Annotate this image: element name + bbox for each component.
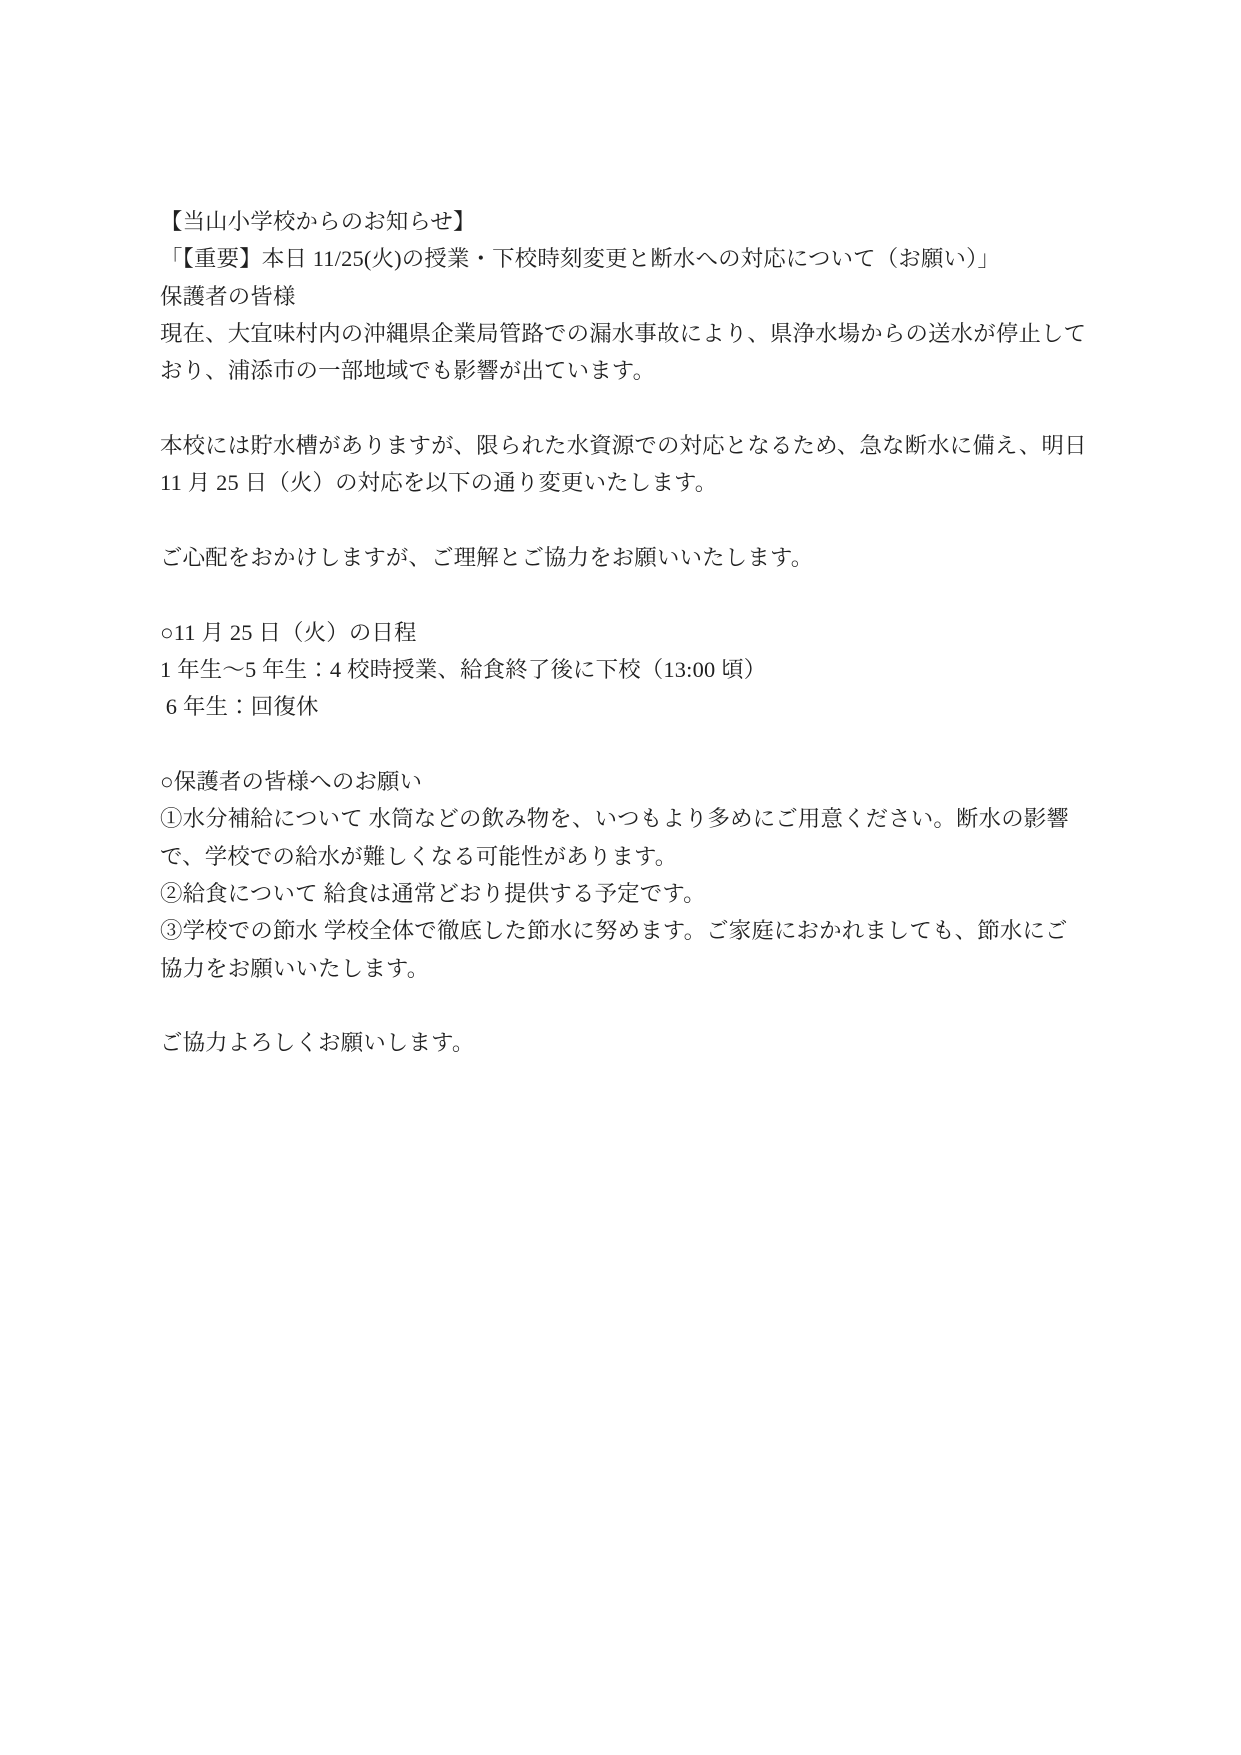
- requests-heading: ○保護者の皆様へのお願い: [160, 763, 1095, 800]
- schedule-grade-6: 6 年生：回復休: [160, 688, 1095, 725]
- request-1-line-1: ①水分補給について 水筒などの飲み物を、いつもより多めにご用意ください。断水の影…: [160, 800, 1095, 837]
- apology-line: ご心配をおかけしますが、ご理解とご協力をお願いいたします。: [160, 539, 1095, 576]
- blank-line: [160, 502, 1095, 539]
- notice-header: 【当山小学校からのお知らせ】: [160, 203, 1095, 240]
- request-3-line-1: ③学校での節水 学校全体で徹底した節水に努めます。ご家庭におかれましても、節水に…: [160, 912, 1095, 949]
- schedule-grades-1-5: 1 年生〜5 年生：4 校時授業、給食終了後に下校（13:00 頃）: [160, 651, 1095, 688]
- blank-line: [160, 987, 1095, 1024]
- request-2: ②給食について 給食は通常どおり提供する予定です。: [160, 875, 1095, 912]
- notice-subject: 「【重要】本日 11/25(火)の授業・下校時刻変更と断水への対応について（お願…: [160, 240, 1095, 277]
- salutation: 保護者の皆様: [160, 278, 1095, 315]
- request-1-line-2: で、学校での給水が難しくなる可能性があります。: [160, 838, 1095, 875]
- blank-line: [160, 576, 1095, 613]
- request-3-line-2: 協力をお願いいたします。: [160, 950, 1095, 987]
- blank-line: [160, 726, 1095, 763]
- response-line-1: 本校には貯水槽がありますが、限られた水資源での対応となるため、急な断水に備え、明…: [160, 427, 1095, 464]
- blank-line: [160, 390, 1095, 427]
- situation-line-1: 現在、大宜味村内の沖縄県企業局管路での漏水事故により、県浄水場からの送水が停止し…: [160, 315, 1095, 352]
- document-page: 【当山小学校からのお知らせ】 「【重要】本日 11/25(火)の授業・下校時刻変…: [0, 0, 1241, 1755]
- notice-body: 【当山小学校からのお知らせ】 「【重要】本日 11/25(火)の授業・下校時刻変…: [160, 203, 1095, 1062]
- closing-line: ご協力よろしくお願いします。: [160, 1024, 1095, 1061]
- schedule-heading: ○11 月 25 日（火）の日程: [160, 614, 1095, 651]
- response-line-2: 11 月 25 日（火）の対応を以下の通り変更いたします。: [160, 464, 1095, 501]
- situation-line-2: おり、浦添市の一部地域でも影響が出ています。: [160, 352, 1095, 389]
